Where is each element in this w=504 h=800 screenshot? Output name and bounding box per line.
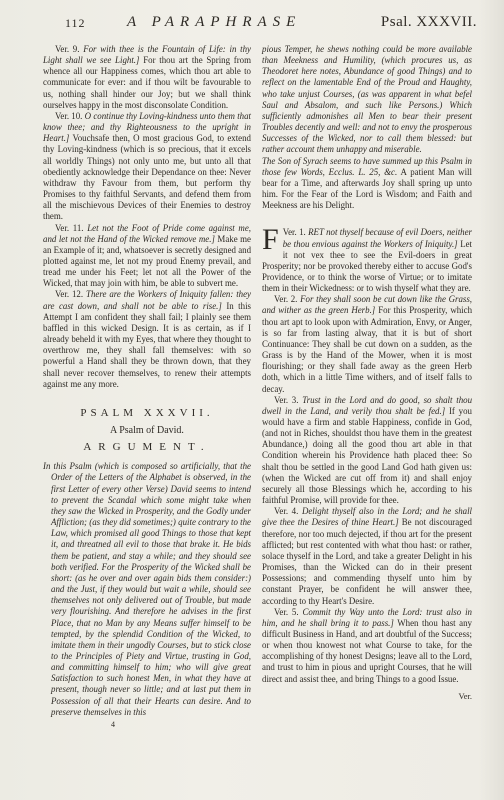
verse-label: Ver. 5. — [274, 607, 299, 617]
verse-label: Ver. 10. — [55, 111, 82, 121]
verse-12: Ver. 12. There are the Workers of Iniqui… — [43, 289, 251, 389]
verse-label: Ver. 9. — [55, 44, 79, 54]
book-page: 112 A PARAPHRASE Psal. XXXVII. Ver. 9. F… — [0, 0, 504, 800]
psalm-heading: PSALM XXXVII. — [43, 408, 251, 419]
verse-label: Ver. 2. — [274, 294, 297, 304]
syrach-summary: The Son of Syrach seems to have summed u… — [262, 156, 472, 212]
verse-text: In this Attempt I am confident they shal… — [43, 301, 251, 389]
verse-quote: RET not thyself because of evil Doers, n… — [283, 227, 472, 248]
section-gap — [262, 211, 472, 227]
signature-mark: 4 — [111, 719, 251, 730]
verse-label: Ver. 4. — [274, 506, 298, 516]
running-title: A PARAPHRASE — [127, 14, 301, 31]
verse-9: Ver. 9. For with thee is the Fountain of… — [43, 44, 251, 111]
verse-text: For this Prosperity, which thou art apt … — [262, 305, 472, 393]
psalm-subtitle: A Psalm of David. — [43, 425, 251, 436]
verse-10: Ver. 10. O continue thy Loving-kindness … — [43, 111, 251, 223]
page-number: 112 — [65, 16, 86, 31]
argument-heading: ARGUMENT. — [43, 442, 251, 453]
running-head-psalm: Psal. XXXVII. — [381, 14, 477, 31]
drop-cap: F — [262, 228, 279, 252]
right-column: pious Temper, he shews nothing could be … — [262, 44, 472, 702]
verse-text: Be not discouraged therefore, nor too mu… — [262, 517, 472, 605]
argument-continued: pious Temper, he shews nothing could be … — [262, 44, 472, 156]
verse-11: Ver. 11. Let not the Foot of Pride come … — [43, 223, 251, 290]
argument-continued-text: pious Temper, he shews nothing could be … — [262, 44, 472, 154]
verse-label: Ver. 1. — [283, 227, 306, 237]
verse-3: Ver. 3. Trust in the Lord and do good, s… — [262, 395, 472, 507]
verse-label: Ver. 11. — [55, 223, 84, 233]
verse-4: Ver. 4. Delight thyself also in the Lord… — [262, 506, 472, 606]
page-header: 112 A PARAPHRASE Psal. XXXVII. — [65, 14, 485, 36]
catchword: Ver. — [262, 691, 472, 702]
verse-2: Ver. 2. For they shall soon be cut down … — [262, 294, 472, 394]
verse-5: Ver. 5. Commit thy Way unto the Lord: tr… — [262, 607, 472, 685]
verse-text: If you would have a firm and stable Happ… — [262, 406, 472, 505]
left-column: Ver. 9. For with thee is the Fountain of… — [43, 44, 251, 730]
verse-label: Ver. 12. — [55, 289, 83, 299]
verse-label: Ver. 3. — [274, 395, 298, 405]
argument-text: In this Psalm (which is composed so arti… — [43, 461, 251, 718]
verse-1: Ver. 1. F RET not thyself because of evi… — [262, 227, 472, 294]
verse-text: Vouchsafe then, O most gracious God, to … — [43, 133, 251, 221]
